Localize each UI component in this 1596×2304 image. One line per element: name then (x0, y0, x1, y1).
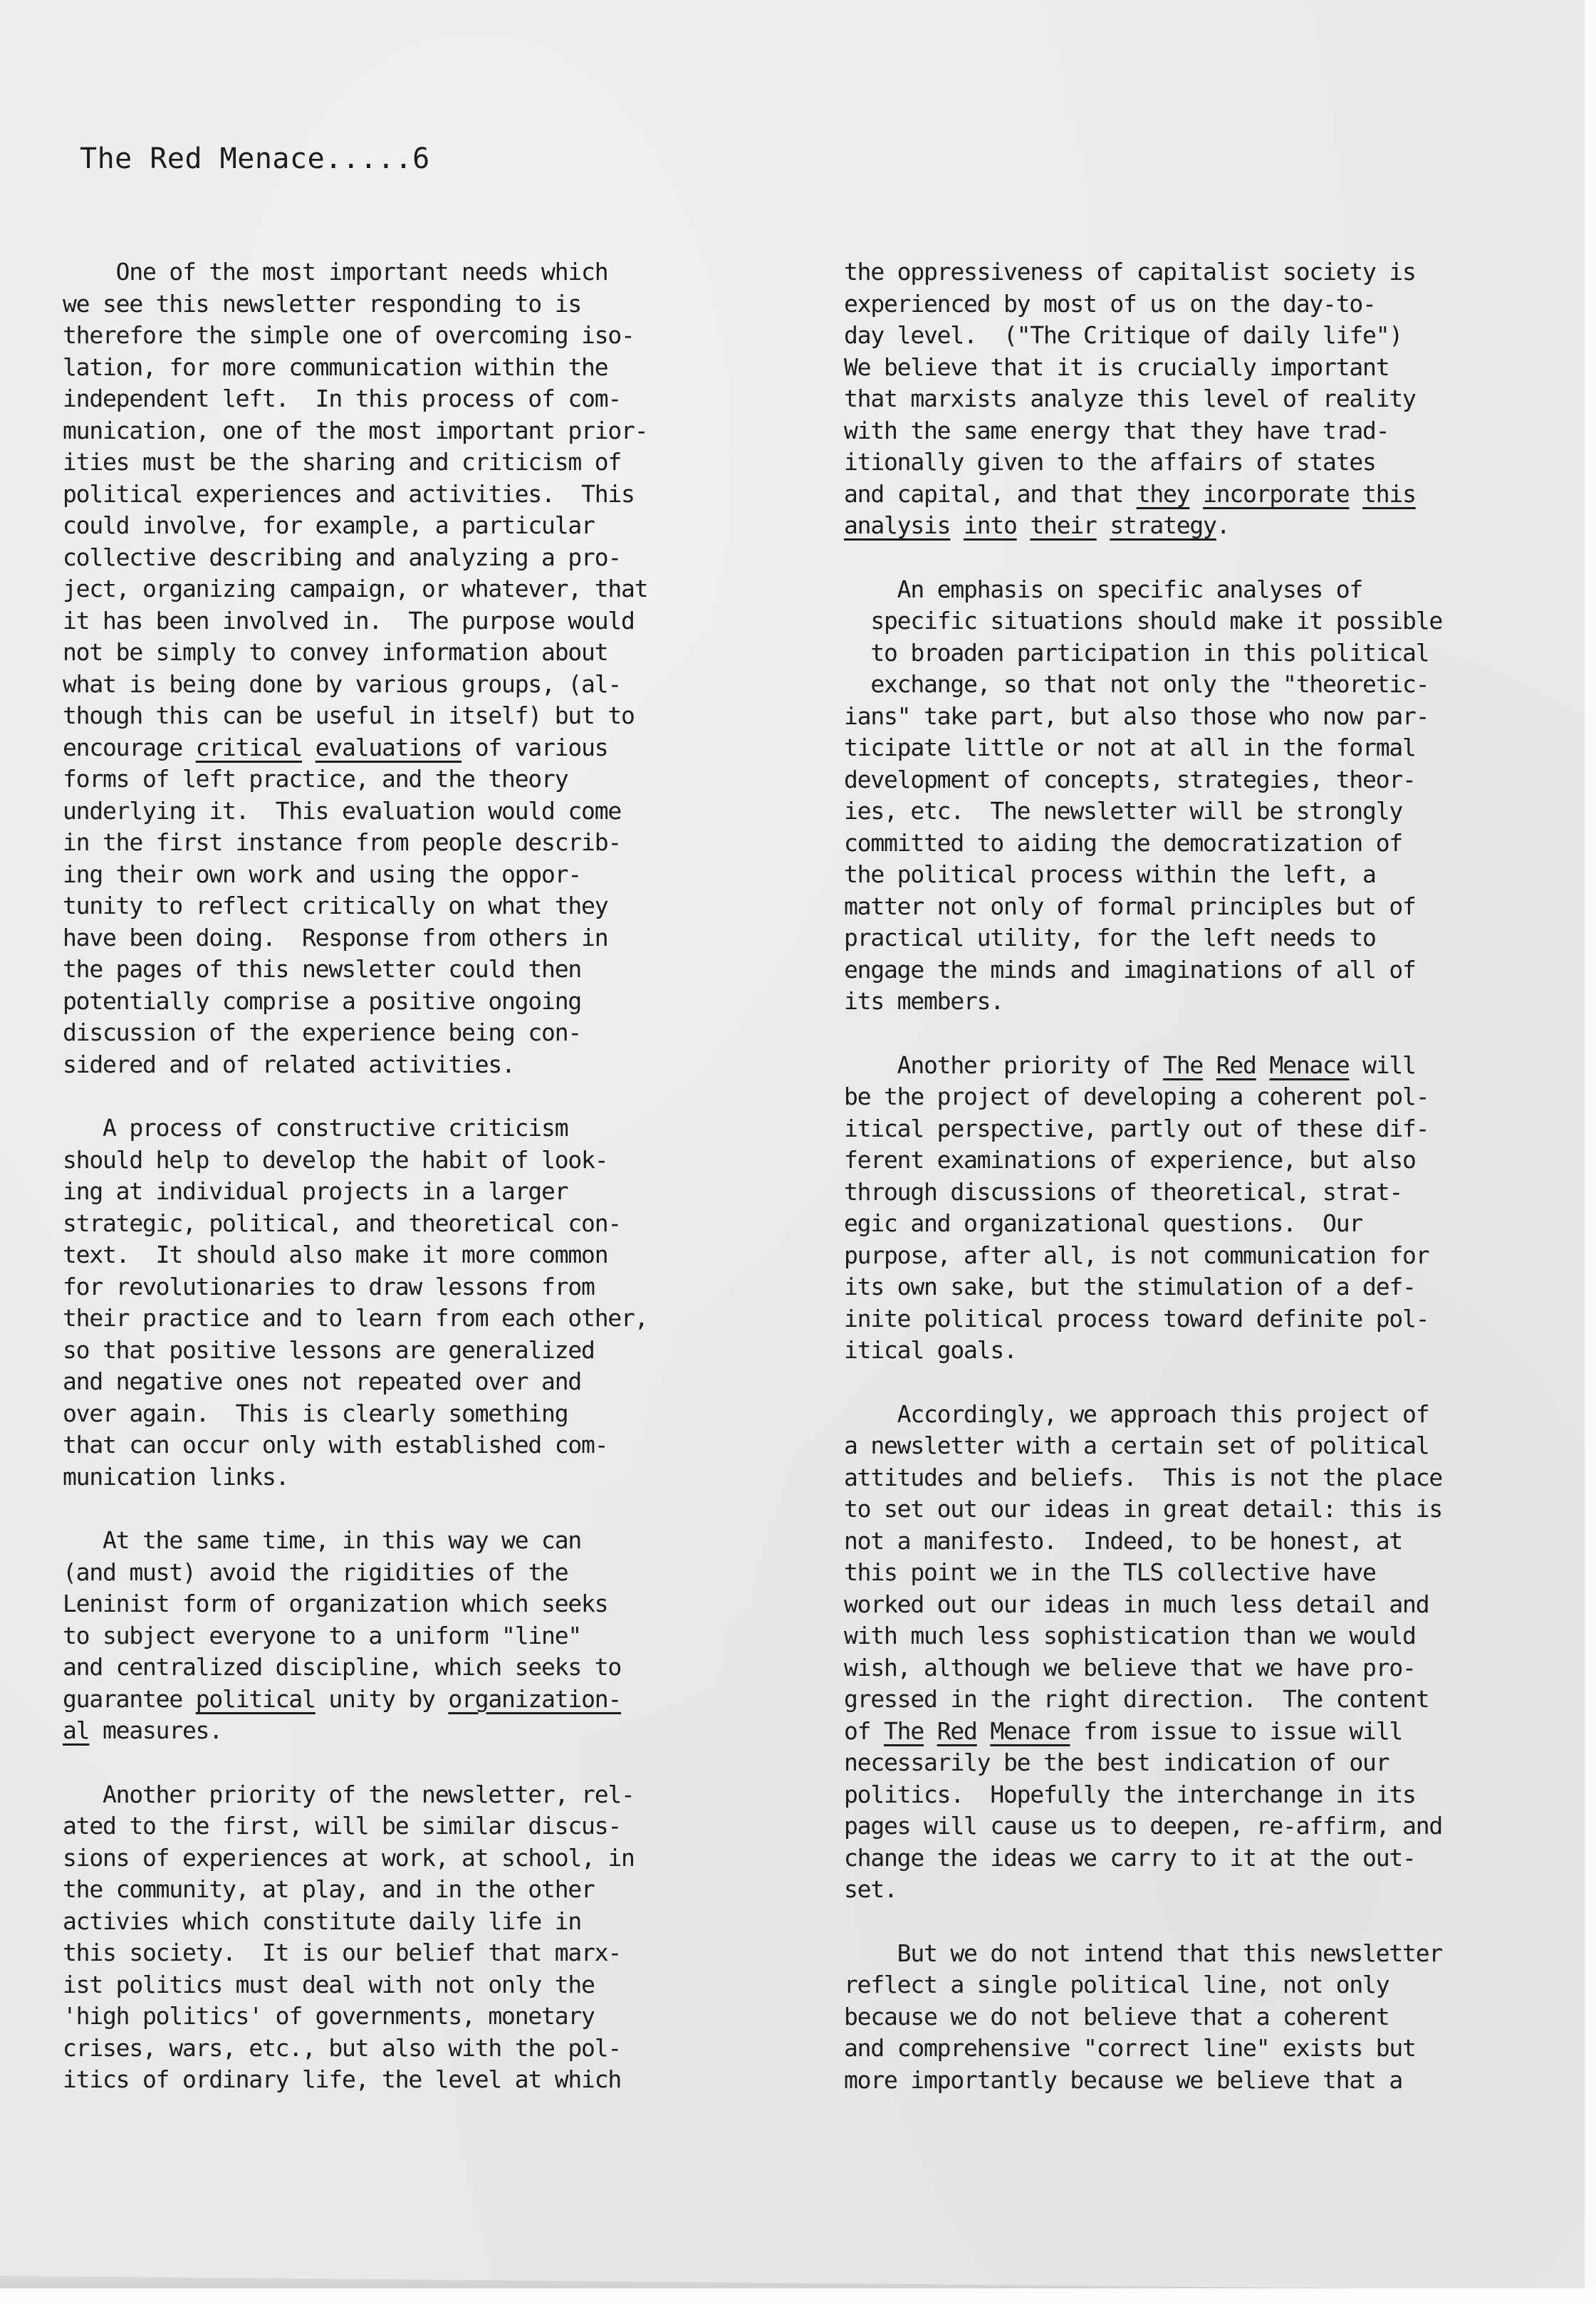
text-line: committed to aiding the democratization … (844, 828, 1556, 860)
text-run: But we do not intend that this newslette… (844, 1939, 1442, 1967)
text-run: strategic, political, and theoretical co… (63, 1209, 621, 1237)
text-line: wish, although we believe that we have p… (844, 1652, 1556, 1684)
text-run: reflect a single political line, not onl… (844, 1971, 1389, 1998)
text-line: potentially comprise a positive ongoing (63, 986, 775, 1018)
text-run: so that positive lessons are generalized (63, 1336, 595, 1364)
text-line: the community, at play, and in the other (63, 1874, 775, 1906)
text-run: text. It should also make it more common (63, 1241, 607, 1268)
text-run: ated to the first, will be similar discu… (63, 1812, 621, 1840)
text-run: specific situations should make it possi… (844, 607, 1442, 635)
text-run: have been doing. Response from others in (63, 924, 607, 952)
text-run: necessarily be the best indication of ou… (844, 1748, 1389, 1776)
text-line: An emphasis on specific analyses of (844, 574, 1556, 606)
text-run: day level. ("The Critique of daily life"… (844, 321, 1402, 349)
text-line: over again. This is clearly something (63, 1398, 775, 1430)
text-line: ated to the first, will be similar discu… (63, 1810, 775, 1842)
text-line: ject, organizing campaign, or whatever, … (63, 573, 775, 605)
text-line: this point we in the TLS collective have (844, 1557, 1556, 1589)
text-line: could involve, for example, a particular (63, 510, 775, 542)
text-line: not a manifesto. Indeed, to be honest, a… (844, 1526, 1556, 1558)
text-line: so that positive lessons are generalized (63, 1335, 775, 1367)
text-line: strategic, political, and theoretical co… (63, 1208, 775, 1240)
left-column: One of the most important needs whichwe … (63, 256, 775, 2128)
text-run (1349, 480, 1362, 508)
text-run: collective describing and analyzing a pr… (63, 543, 621, 571)
text-run: its members. (844, 987, 1003, 1015)
text-line: A process of constructive criticism (63, 1112, 775, 1145)
text-run: not be simply to convey information abou… (63, 638, 607, 666)
text-run (977, 1717, 991, 1745)
text-run: and comprehensive "correct line" exists … (844, 2034, 1416, 2062)
text-run: to set out our ideas in great detail: th… (844, 1495, 1442, 1523)
text-run: ist politics must deal with not only the (63, 1971, 595, 1998)
text-run: ies, etc. The newsletter will be strongl… (844, 797, 1402, 825)
underlined-text: organization- (448, 1685, 621, 1713)
underlined-text: analysis (844, 511, 950, 539)
underlined-text: this (1362, 480, 1416, 508)
text-line: analysis into their strategy. (844, 510, 1556, 542)
text-run: crises, wars, etc., but also with the po… (63, 2034, 621, 2062)
text-run: this point we in the TLS collective have (844, 1558, 1376, 1586)
underlined-text: they (1137, 480, 1190, 508)
underlined-text: evaluations (315, 734, 461, 761)
text-line: At the same time, in this way we can (63, 1525, 775, 1557)
text-line: ians" take part, but also those who now … (844, 701, 1556, 733)
text-run: purpose, after all, is not communication… (844, 1241, 1429, 1269)
text-line: Leninist form of organization which seek… (63, 1588, 775, 1620)
text-run (1256, 1051, 1270, 1079)
text-run: matter not only of formal principles but… (844, 892, 1416, 920)
text-run: the pages of this newsletter could then (63, 955, 581, 983)
text-line: and centralized discipline, which seeks … (63, 1652, 775, 1684)
text-run: ing their own work and using the oppor- (63, 860, 581, 888)
underlined-text: strategy (1110, 511, 1216, 539)
text-run: ing at individual projects in a larger (63, 1177, 568, 1205)
text-run: activies which constitute daily life in (63, 1907, 581, 1935)
text-run: the oppressiveness of capitalist society… (844, 258, 1416, 286)
text-run: Another priority of the newsletter, rel- (63, 1781, 635, 1808)
text-line: necessarily be the best indication of ou… (844, 1747, 1556, 1779)
text-line: to subject everyone to a uniform "line" (63, 1620, 775, 1652)
underlined-text: their (1030, 511, 1096, 539)
text-line: itical goals. (844, 1335, 1556, 1367)
text-line: and capital, and that they incorporate t… (844, 479, 1556, 511)
text-run: ticipate little or not at all in the for… (844, 734, 1416, 761)
paragraph: A process of constructive criticismshoul… (63, 1112, 775, 1493)
text-line: ities must be the sharing and criticism … (63, 447, 775, 479)
text-run: One of the most important needs which (63, 258, 607, 286)
text-line: the oppressiveness of capitalist society… (844, 256, 1556, 288)
text-run: Another priority of (844, 1051, 1163, 1079)
running-header: The Red Menace.....6 (80, 142, 430, 175)
paragraph: An emphasis on specific analyses of spec… (844, 574, 1556, 1018)
text-run: in the first instance from people descri… (63, 828, 621, 856)
text-line: attitudes and beliefs. This is not the p… (844, 1462, 1556, 1494)
text-line: in the first instance from people descri… (63, 827, 775, 859)
paragraph: One of the most important needs whichwe … (63, 256, 775, 1080)
text-run: politics. Hopefully the interchange in i… (844, 1781, 1416, 1808)
text-run: a newsletter with a certain set of polit… (844, 1432, 1429, 1459)
text-run: unity by (315, 1685, 449, 1713)
text-run: that can occur only with established com… (63, 1431, 607, 1459)
text-line: engage the minds and imaginations of all… (844, 954, 1556, 986)
text-line: set. (844, 1874, 1556, 1906)
text-line: sidered and of related activities. (63, 1049, 775, 1081)
text-run: and centralized discipline, which seeks … (63, 1653, 621, 1681)
text-run: engage the minds and imaginations of all… (844, 956, 1416, 984)
text-line: though this can be useful in itself) but… (63, 700, 775, 732)
text-line: more importantly because we believe that… (844, 2065, 1556, 2097)
text-line: change the ideas we carry to it at the o… (844, 1842, 1556, 1875)
text-run: its own sake, but the stimulation of a d… (844, 1273, 1416, 1300)
text-run: be the project of developing a coherent … (844, 1083, 1429, 1110)
text-run: At the same time, in this way we can (63, 1526, 581, 1554)
text-line: Another priority of The Red Menace will (844, 1050, 1556, 1082)
text-line: ticipate little or not at all in the for… (844, 732, 1556, 764)
text-line: Another priority of the newsletter, rel- (63, 1779, 775, 1811)
text-line: crises, wars, etc., but also with the po… (63, 2033, 775, 2065)
text-line: lation, for more communication within th… (63, 352, 775, 384)
text-run: with the same energy that they have trad… (844, 417, 1389, 444)
text-run: committed to aiding the democratization … (844, 829, 1402, 857)
underlined-text: political (196, 1685, 315, 1713)
text-run: because we do not believe that a coheren… (844, 2003, 1389, 2031)
text-line: specific situations should make it possi… (844, 605, 1556, 637)
text-line: this society. It is our belief that marx… (63, 1937, 775, 1969)
text-line: purpose, after all, is not communication… (844, 1240, 1556, 1272)
text-line: worked out our ideas in much less detail… (844, 1589, 1556, 1621)
text-run: from issue to issue will (1070, 1717, 1402, 1745)
text-line: al measures. (63, 1715, 775, 1747)
text-run: change the ideas we carry to it at the o… (844, 1844, 1416, 1872)
text-run: 'high politics' of governments, monetary (63, 2002, 595, 2030)
right-column: the oppressiveness of capitalist society… (844, 256, 1556, 2128)
paragraph: Accordingly, we approach this project of… (844, 1399, 1556, 1906)
text-line: that marxists analyze this level of real… (844, 383, 1556, 415)
page-number: 6 (412, 142, 430, 175)
text-line: for revolutionaries to draw lessons from (63, 1271, 775, 1303)
text-line: forms of left practice, and the theory (63, 763, 775, 796)
text-line: and comprehensive "correct line" exists … (844, 2033, 1556, 2065)
text-line: with much less sophistication than we wo… (844, 1620, 1556, 1652)
text-line: practical utility, for the left needs to (844, 922, 1556, 954)
paragraph: Another priority of the newsletter, rel-… (63, 1779, 775, 2096)
text-line: have been doing. Response from others in (63, 922, 775, 954)
newsletter-page: The Red Menace.....6 One of the most imp… (0, 0, 1585, 2290)
text-run: that marxists analyze this level of real… (844, 385, 1416, 412)
text-run: sions of experiences at work, at school,… (63, 1844, 635, 1872)
text-run: exchange, so that not only the "theoreti… (844, 670, 1429, 698)
text-line: Accordingly, we approach this project of (844, 1399, 1556, 1431)
text-line: itionally given to the affairs of states (844, 447, 1556, 479)
text-run (950, 511, 964, 539)
text-run: not a manifesto. Indeed, to be honest, a… (844, 1527, 1402, 1555)
text-line: what is being done by various groups, (a… (63, 669, 775, 701)
text-run: of (844, 1717, 884, 1745)
text-run: underlying it. This evaluation would com… (63, 797, 621, 825)
text-run (302, 734, 315, 761)
underlined-text: The (1163, 1051, 1203, 1079)
text-run: worked out our ideas in much less detail… (844, 1590, 1429, 1618)
text-line: matter not only of formal principles but… (844, 891, 1556, 923)
text-line: inite political process toward definite … (844, 1303, 1556, 1335)
text-line: therefore the simple one of overcoming i… (63, 320, 775, 352)
text-line: sions of experiences at work, at school,… (63, 1842, 775, 1875)
text-run: An emphasis on specific analyses of (844, 575, 1362, 603)
text-run: ities must be the sharing and criticism … (63, 448, 621, 476)
text-run: itical perspective, partly out of these … (844, 1115, 1429, 1142)
text-line: independent left. In this process of com… (63, 383, 775, 415)
text-run: encourage (63, 734, 196, 761)
text-line: activies which constitute daily life in (63, 1906, 775, 1938)
text-line: But we do not intend that this newslette… (844, 1938, 1556, 1970)
text-run: independent left. In this process of com… (63, 385, 621, 412)
scan-edge-right (1585, 0, 1596, 2304)
text-line: ing their own work and using the oppor- (63, 859, 775, 891)
text-run: munication links. (63, 1463, 288, 1491)
text-run: we see this newsletter responding to is (63, 290, 581, 318)
text-line: reflect a single political line, not onl… (844, 1969, 1556, 2001)
text-line: underlying it. This evaluation would com… (63, 796, 775, 828)
text-run: and capital, and that (844, 480, 1137, 508)
text-run: ians" take part, but also those who now … (844, 702, 1429, 730)
text-run: . (1216, 511, 1230, 539)
text-run: forms of left practice, and the theory (63, 765, 568, 793)
text-run: though this can be useful in itself) but… (63, 702, 635, 729)
text-line: day level. ("The Critique of daily life"… (844, 320, 1556, 352)
text-run: (and must) avoid the rigidities of the (63, 1558, 568, 1586)
header-title: The Red Menace (80, 142, 325, 175)
underlined-text: into (964, 511, 1017, 539)
paragraph: But we do not intend that this newslette… (844, 1938, 1556, 2097)
text-run: should help to develop the habit of look… (63, 1146, 607, 1174)
text-line: munication links. (63, 1461, 775, 1494)
text-line: itics of ordinary life, the level at whi… (63, 2064, 775, 2096)
text-run: ject, organizing campaign, or whatever, … (63, 575, 647, 603)
scan-edge-bottom (0, 2288, 1596, 2304)
text-line: collective describing and analyzing a pr… (63, 542, 775, 574)
text-run: wish, although we believe that we have p… (844, 1654, 1416, 1682)
text-line: ies, etc. The newsletter will be strongl… (844, 796, 1556, 828)
underlined-text: Red (937, 1717, 977, 1745)
text-line: to set out our ideas in great detail: th… (844, 1494, 1556, 1526)
text-run: for revolutionaries to draw lessons from (63, 1273, 595, 1300)
paragraph: Another priority of The Red Menace willb… (844, 1050, 1556, 1367)
text-line: We believe that it is crucially importan… (844, 352, 1556, 384)
text-run: discussion of the experience being con- (63, 1018, 581, 1046)
text-line: experienced by most of us on the day-to- (844, 288, 1556, 320)
text-line: text. It should also make it more common (63, 1239, 775, 1271)
underlined-text: Menace (1269, 1051, 1349, 1079)
text-line: be the project of developing a coherent … (844, 1081, 1556, 1113)
text-run: to subject everyone to a uniform "line" (63, 1622, 581, 1649)
text-line: itical perspective, partly out of these … (844, 1113, 1556, 1145)
text-run: sidered and of related activities. (63, 1051, 515, 1078)
text-line: development of concepts, strategies, the… (844, 764, 1556, 796)
text-line: gressed in the right direction. The cont… (844, 1684, 1556, 1716)
text-run: will (1349, 1051, 1415, 1079)
text-line: because we do not believe that a coheren… (844, 2001, 1556, 2033)
underlined-text: Red (1216, 1051, 1256, 1079)
text-line: it has been involved in. The purpose wou… (63, 605, 775, 637)
text-line: guarantee political unity by organizatio… (63, 1684, 775, 1716)
text-run: munication, one of the most important pr… (63, 417, 647, 444)
text-run: Leninist form of organization which seek… (63, 1590, 607, 1617)
text-line: its members. (844, 986, 1556, 1018)
paragraph: At the same time, in this way we can(and… (63, 1525, 775, 1747)
text-run: more importantly because we believe that… (844, 2066, 1402, 2094)
text-run: ferent examinations of experience, but a… (844, 1146, 1416, 1174)
text-line: with the same energy that they have trad… (844, 415, 1556, 447)
text-run: practical utility, for the left needs to (844, 924, 1376, 952)
text-run: to broaden participation in this politic… (844, 639, 1429, 667)
text-run: inite political process toward definite … (844, 1305, 1429, 1333)
paragraph: the oppressiveness of capitalist society… (844, 256, 1556, 542)
text-run: attitudes and beliefs. This is not the p… (844, 1464, 1442, 1491)
text-line: that can occur only with established com… (63, 1429, 775, 1461)
text-line: discussion of the experience being con- (63, 1017, 775, 1049)
text-line: exchange, so that not only the "theoreti… (844, 669, 1556, 701)
text-line: ing at individual projects in a larger (63, 1176, 775, 1208)
text-run: the political process within the left, a (844, 860, 1376, 888)
text-run: lation, for more communication within th… (63, 353, 607, 381)
text-run: guarantee (63, 1685, 196, 1713)
text-line: politics. Hopefully the interchange in i… (844, 1779, 1556, 1811)
text-run: their practice and to learn from each ot… (63, 1304, 647, 1332)
text-line: the political process within the left, a (844, 859, 1556, 891)
text-line: egic and organizational questions. Our (844, 1208, 1556, 1240)
text-run: measures. (89, 1716, 222, 1744)
text-run: with much less sophistication than we wo… (844, 1622, 1416, 1649)
text-line: tunity to reflect critically on what the… (63, 890, 775, 922)
text-line: munication, one of the most important pr… (63, 415, 775, 447)
text-run: experienced by most of us on the day-to- (844, 290, 1376, 318)
text-run: could involve, for example, a particular (63, 511, 595, 539)
text-run: itics of ordinary life, the level at whi… (63, 2065, 621, 2093)
text-run (1097, 511, 1110, 539)
text-run (1017, 511, 1031, 539)
text-run: through discussions of theoretical, stra… (844, 1178, 1402, 1206)
text-run: development of concepts, strategies, the… (844, 766, 1416, 793)
text-run: what is being done by various groups, (a… (63, 670, 621, 698)
text-line: ist politics must deal with not only the (63, 1969, 775, 2001)
underlined-text: The (884, 1717, 924, 1745)
text-run: We believe that it is crucially importan… (844, 353, 1389, 381)
text-line: to broaden participation in this politic… (844, 637, 1556, 669)
text-run: therefore the simple one of overcoming i… (63, 321, 635, 349)
text-run: A process of constructive criticism (63, 1114, 568, 1142)
text-run (924, 1717, 937, 1745)
text-line: through discussions of theoretical, stra… (844, 1177, 1556, 1209)
text-run: gressed in the right direction. The cont… (844, 1685, 1429, 1713)
text-run (1189, 480, 1203, 508)
text-run: political experiences and activities. Th… (63, 480, 635, 508)
text-line: and negative ones not repeated over and (63, 1366, 775, 1398)
text-line: encourage critical evaluations of variou… (63, 732, 775, 764)
text-line: One of the most important needs which (63, 256, 775, 288)
text-line: pages will cause us to deepen, re-affirm… (844, 1810, 1556, 1842)
text-line: not be simply to convey information abou… (63, 637, 775, 669)
text-run: egic and organizational questions. Our (844, 1209, 1362, 1237)
text-line: their practice and to learn from each ot… (63, 1303, 775, 1335)
text-run: of various (461, 734, 607, 761)
underlined-text: incorporate (1203, 480, 1349, 508)
text-run: it has been involved in. The purpose wou… (63, 607, 635, 635)
text-line: we see this newsletter responding to is (63, 288, 775, 320)
text-line: its own sake, but the stimulation of a d… (844, 1271, 1556, 1303)
text-run (1203, 1051, 1216, 1079)
text-line: should help to develop the habit of look… (63, 1145, 775, 1177)
text-run: tunity to reflect critically on what the… (63, 892, 607, 919)
text-line: of The Red Menace from issue to issue wi… (844, 1716, 1556, 1748)
text-run: this society. It is our belief that marx… (63, 1939, 621, 1966)
text-run: the community, at play, and in the other (63, 1875, 595, 1903)
text-line: ferent examinations of experience, but a… (844, 1145, 1556, 1177)
text-run: and negative ones not repeated over and (63, 1367, 581, 1395)
underlined-text: al (63, 1716, 89, 1744)
header-leader: ..... (325, 142, 412, 175)
text-run: set. (844, 1875, 897, 1903)
text-run: itionally given to the affairs of states (844, 448, 1376, 476)
underlined-text: critical (196, 734, 302, 761)
text-line: 'high politics' of governments, monetary (63, 2001, 775, 2033)
text-run: potentially comprise a positive ongoing (63, 987, 581, 1015)
text-line: a newsletter with a certain set of polit… (844, 1430, 1556, 1462)
text-line: the pages of this newsletter could then (63, 954, 775, 986)
text-run: itical goals. (844, 1336, 1017, 1364)
text-line: (and must) avoid the rigidities of the (63, 1557, 775, 1589)
text-run: Accordingly, we approach this project of (844, 1400, 1429, 1428)
text-run: over again. This is clearly something (63, 1399, 568, 1427)
text-run: pages will cause us to deepen, re-affirm… (844, 1812, 1442, 1840)
underlined-text: Menace (990, 1717, 1070, 1745)
text-line: political experiences and activities. Th… (63, 479, 775, 511)
